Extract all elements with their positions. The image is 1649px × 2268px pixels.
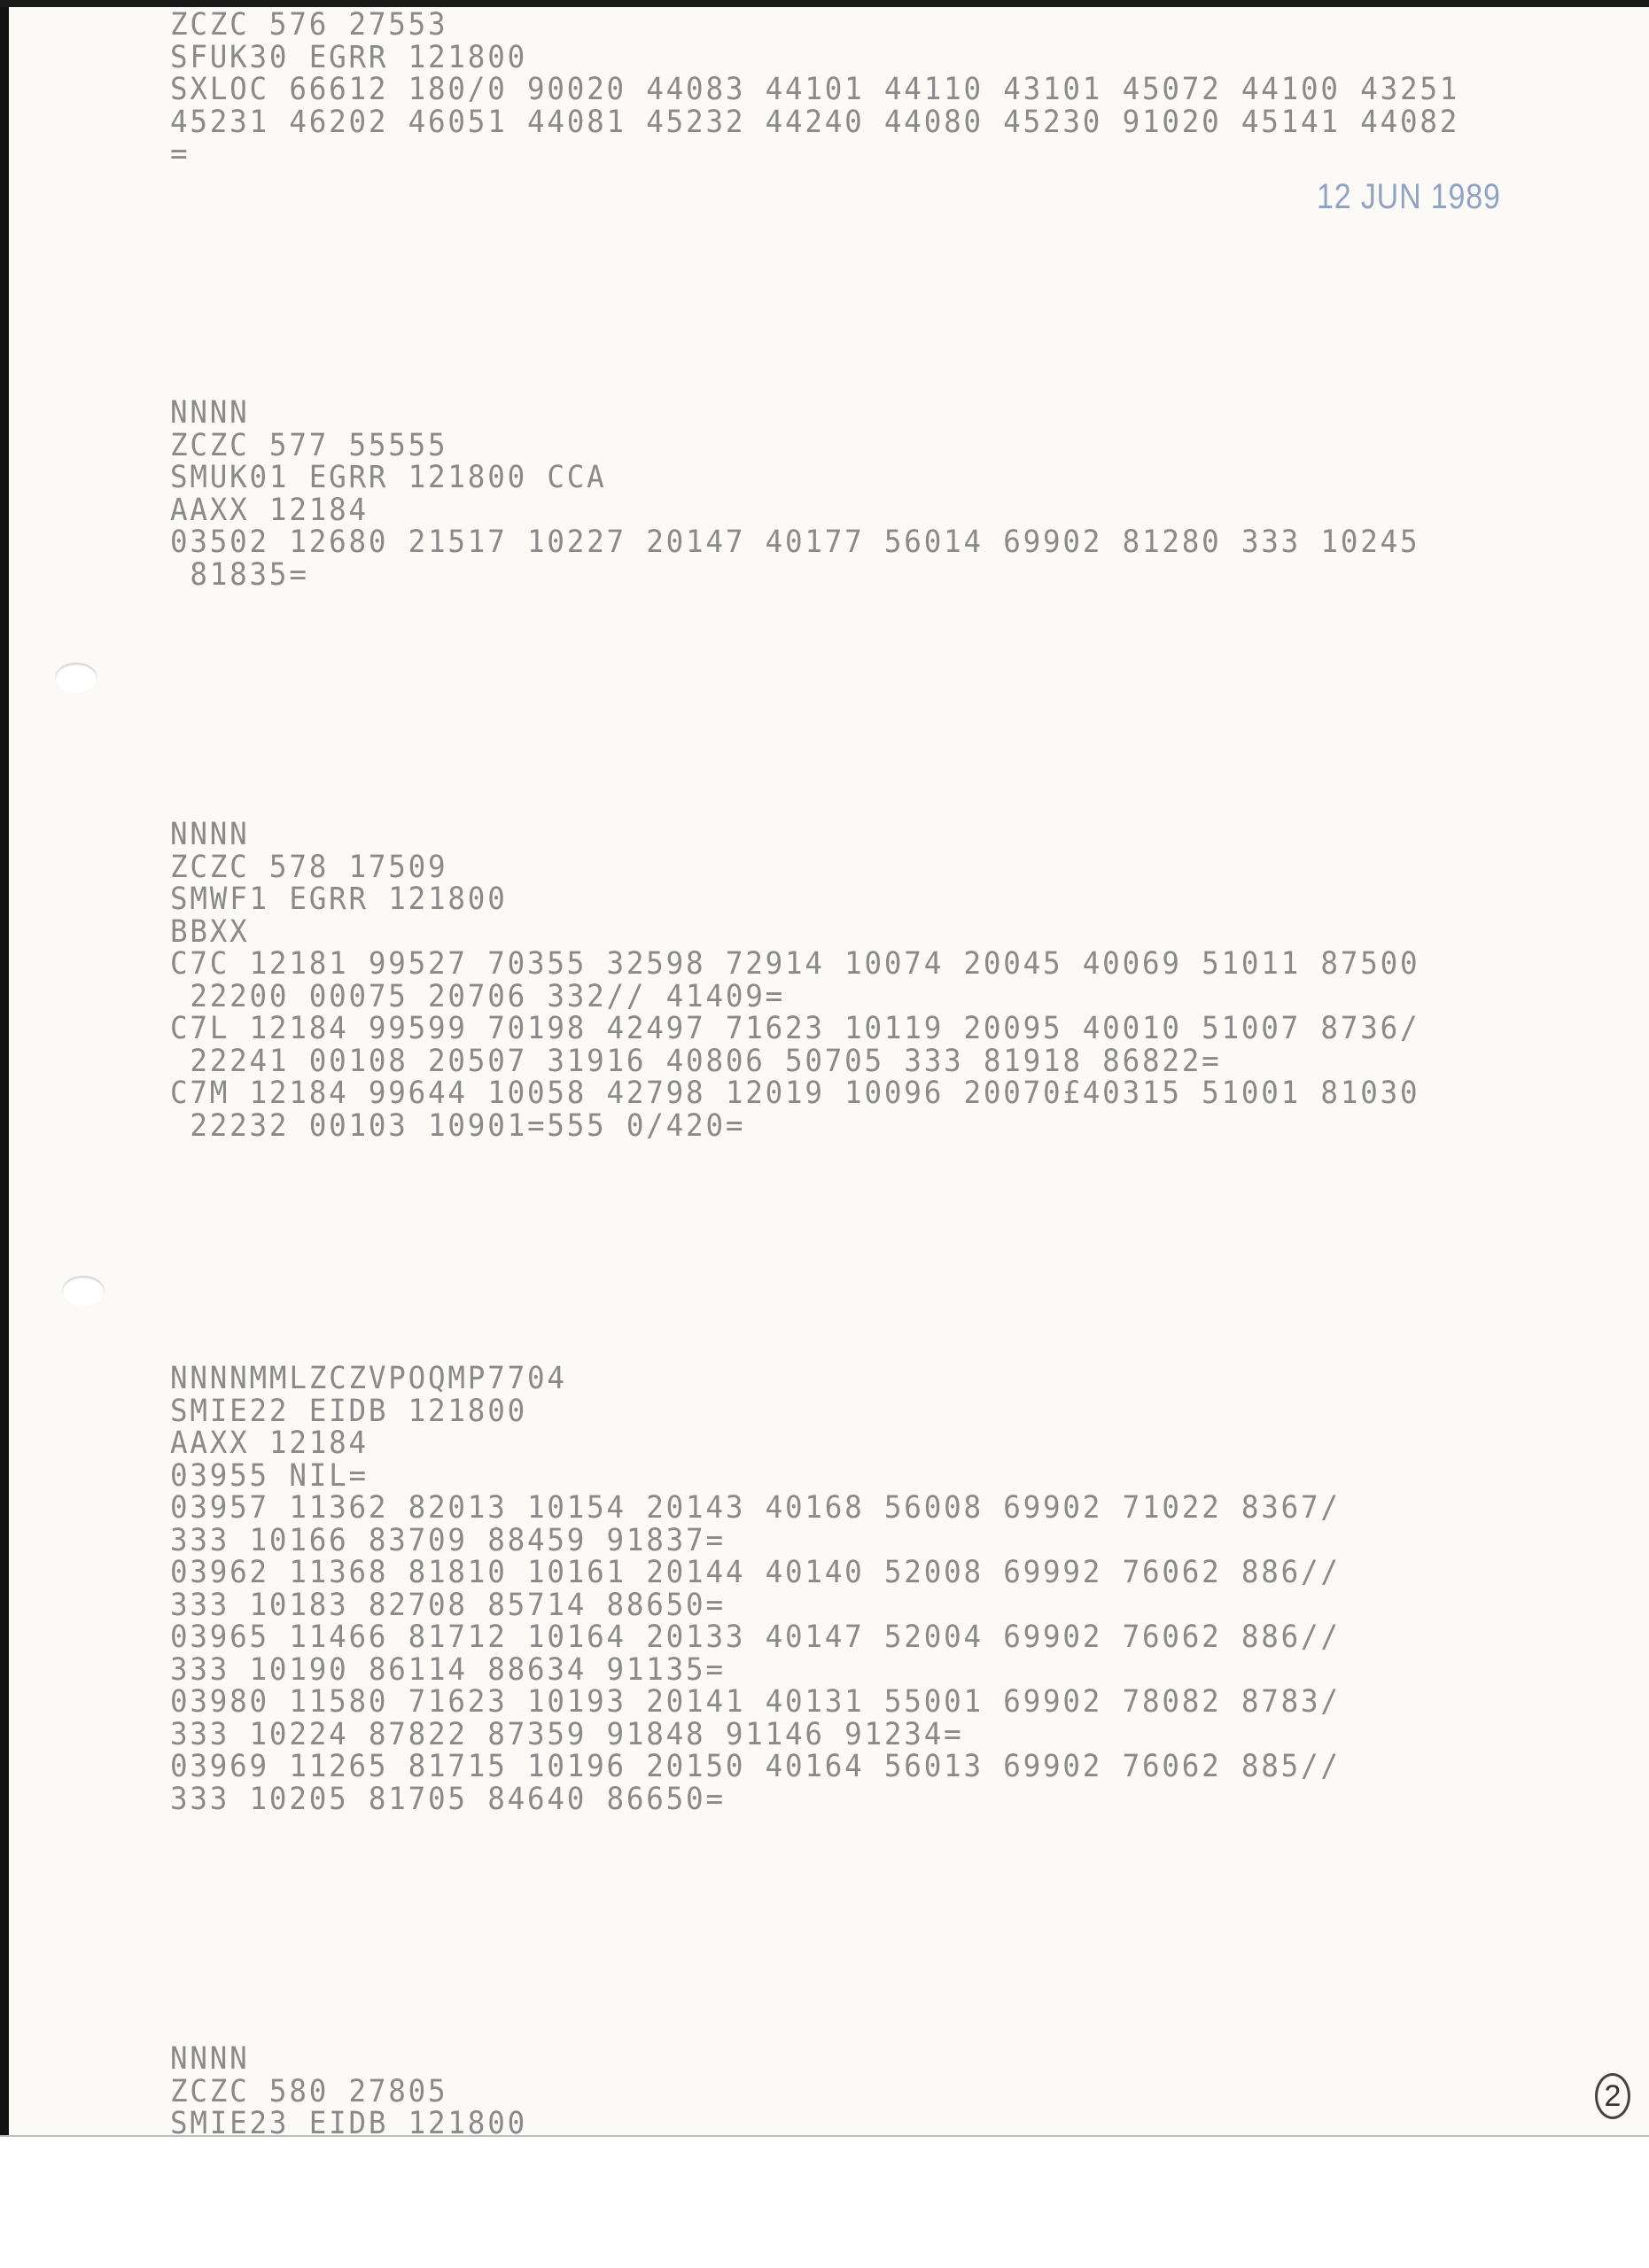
- message-line: ZCZC 576 27553: [170, 9, 1459, 42]
- message-line: NNNN: [170, 819, 1420, 851]
- message-line: 333 10183 82708 85714 88650=: [170, 1589, 1341, 1622]
- punch-hole: [55, 663, 97, 693]
- message-line: SMUK01 EGRR 121800 CCA: [170, 462, 1420, 494]
- message-line: =: [170, 138, 1459, 171]
- message-line: NNNNMMLZCZVPOQMP7704: [170, 1363, 1341, 1395]
- message-block: ZCZC 576 27553SFUK30 EGRR 121800SXLOC 66…: [170, 9, 1557, 171]
- message-line: 03962 11368 81810 10161 20144 40140 5200…: [170, 1557, 1341, 1589]
- message-block: NNNNZCZC 578 17509SMWF1 EGRR 121800BBXXC…: [170, 819, 1514, 1142]
- message-line: AAXX 12184: [170, 494, 1420, 527]
- page-number-circled: 2: [1595, 2073, 1630, 2119]
- message-line: 03955 NIL=: [170, 1460, 1341, 1493]
- message-block: NNNNZCZC 580 27805SMIE23 EIDB 121800: [170, 2043, 554, 2140]
- message-line: SMIE22 EIDB 121800: [170, 1395, 1341, 1428]
- message-block: NNNNZCZC 577 55555SMUK01 EGRR 121800 CCA…: [170, 397, 1514, 591]
- message-line: 03957 11362 82013 10154 20143 40168 5600…: [170, 1492, 1341, 1525]
- message-line: BBXX: [170, 916, 1420, 949]
- message-line: ZCZC 578 17509: [170, 851, 1420, 884]
- message-line: 22232 00103 10901=555 0/420=: [170, 1110, 1420, 1143]
- message-line: SMIE23 EIDB 121800: [170, 2108, 527, 2140]
- message-line: SXLOC 66612 180/0 90020 44083 44101 4411…: [170, 74, 1459, 106]
- message-line: 333 10166 83709 88459 91837=: [170, 1525, 1341, 1557]
- message-line: 03980 11580 71623 10193 20141 40131 5500…: [170, 1686, 1341, 1719]
- message-block: NNNNMMLZCZVPOQMP7704SMIE22 EIDB 121800AA…: [170, 1363, 1428, 1815]
- message-line: ZCZC 577 55555: [170, 430, 1420, 462]
- message-line: NNNN: [170, 397, 1420, 430]
- punch-hole: [62, 1276, 105, 1306]
- message-line: C7C 12181 99527 70355 32598 72914 10074 …: [170, 948, 1420, 981]
- message-line: SMWF1 EGRR 121800: [170, 883, 1420, 916]
- message-line: 333 10224 87822 87359 91848 91146 91234=: [170, 1719, 1341, 1751]
- message-line: 333 10205 81705 84640 86650=: [170, 1783, 1341, 1816]
- message-line: 333 10190 86114 88634 91135=: [170, 1654, 1341, 1687]
- message-line: NNNN: [170, 2043, 527, 2076]
- teleprinter-page: 12 JUN 1989 ZCZC 576 27553SFUK30 EGRR 12…: [0, 0, 1649, 2137]
- message-line: 22241 00108 20507 31916 40806 50705 333 …: [170, 1045, 1420, 1078]
- message-line: AAXX 12184: [170, 1427, 1341, 1460]
- message-line: 03502 12680 21517 10227 20147 40177 5601…: [170, 526, 1420, 559]
- message-line: 03965 11466 81712 10164 20133 40147 5200…: [170, 1621, 1341, 1654]
- message-line: 22200 00075 20706 332// 41409=: [170, 981, 1420, 1014]
- message-line: 81835=: [170, 559, 1420, 592]
- message-line: C7M 12184 99644 10058 42798 12019 10096 …: [170, 1077, 1420, 1110]
- message-line: C7L 12184 99599 70198 42497 71623 10119 …: [170, 1013, 1420, 1045]
- message-line: ZCZC 580 27805: [170, 2076, 527, 2109]
- message-line: 03969 11265 81715 10196 20150 40164 5601…: [170, 1751, 1341, 1783]
- message-line: SFUK30 EGRR 121800: [170, 42, 1459, 74]
- message-line: 45231 46202 46051 44081 45232 44240 4408…: [170, 106, 1459, 139]
- date-stamp: 12 JUN 1989: [1317, 177, 1501, 217]
